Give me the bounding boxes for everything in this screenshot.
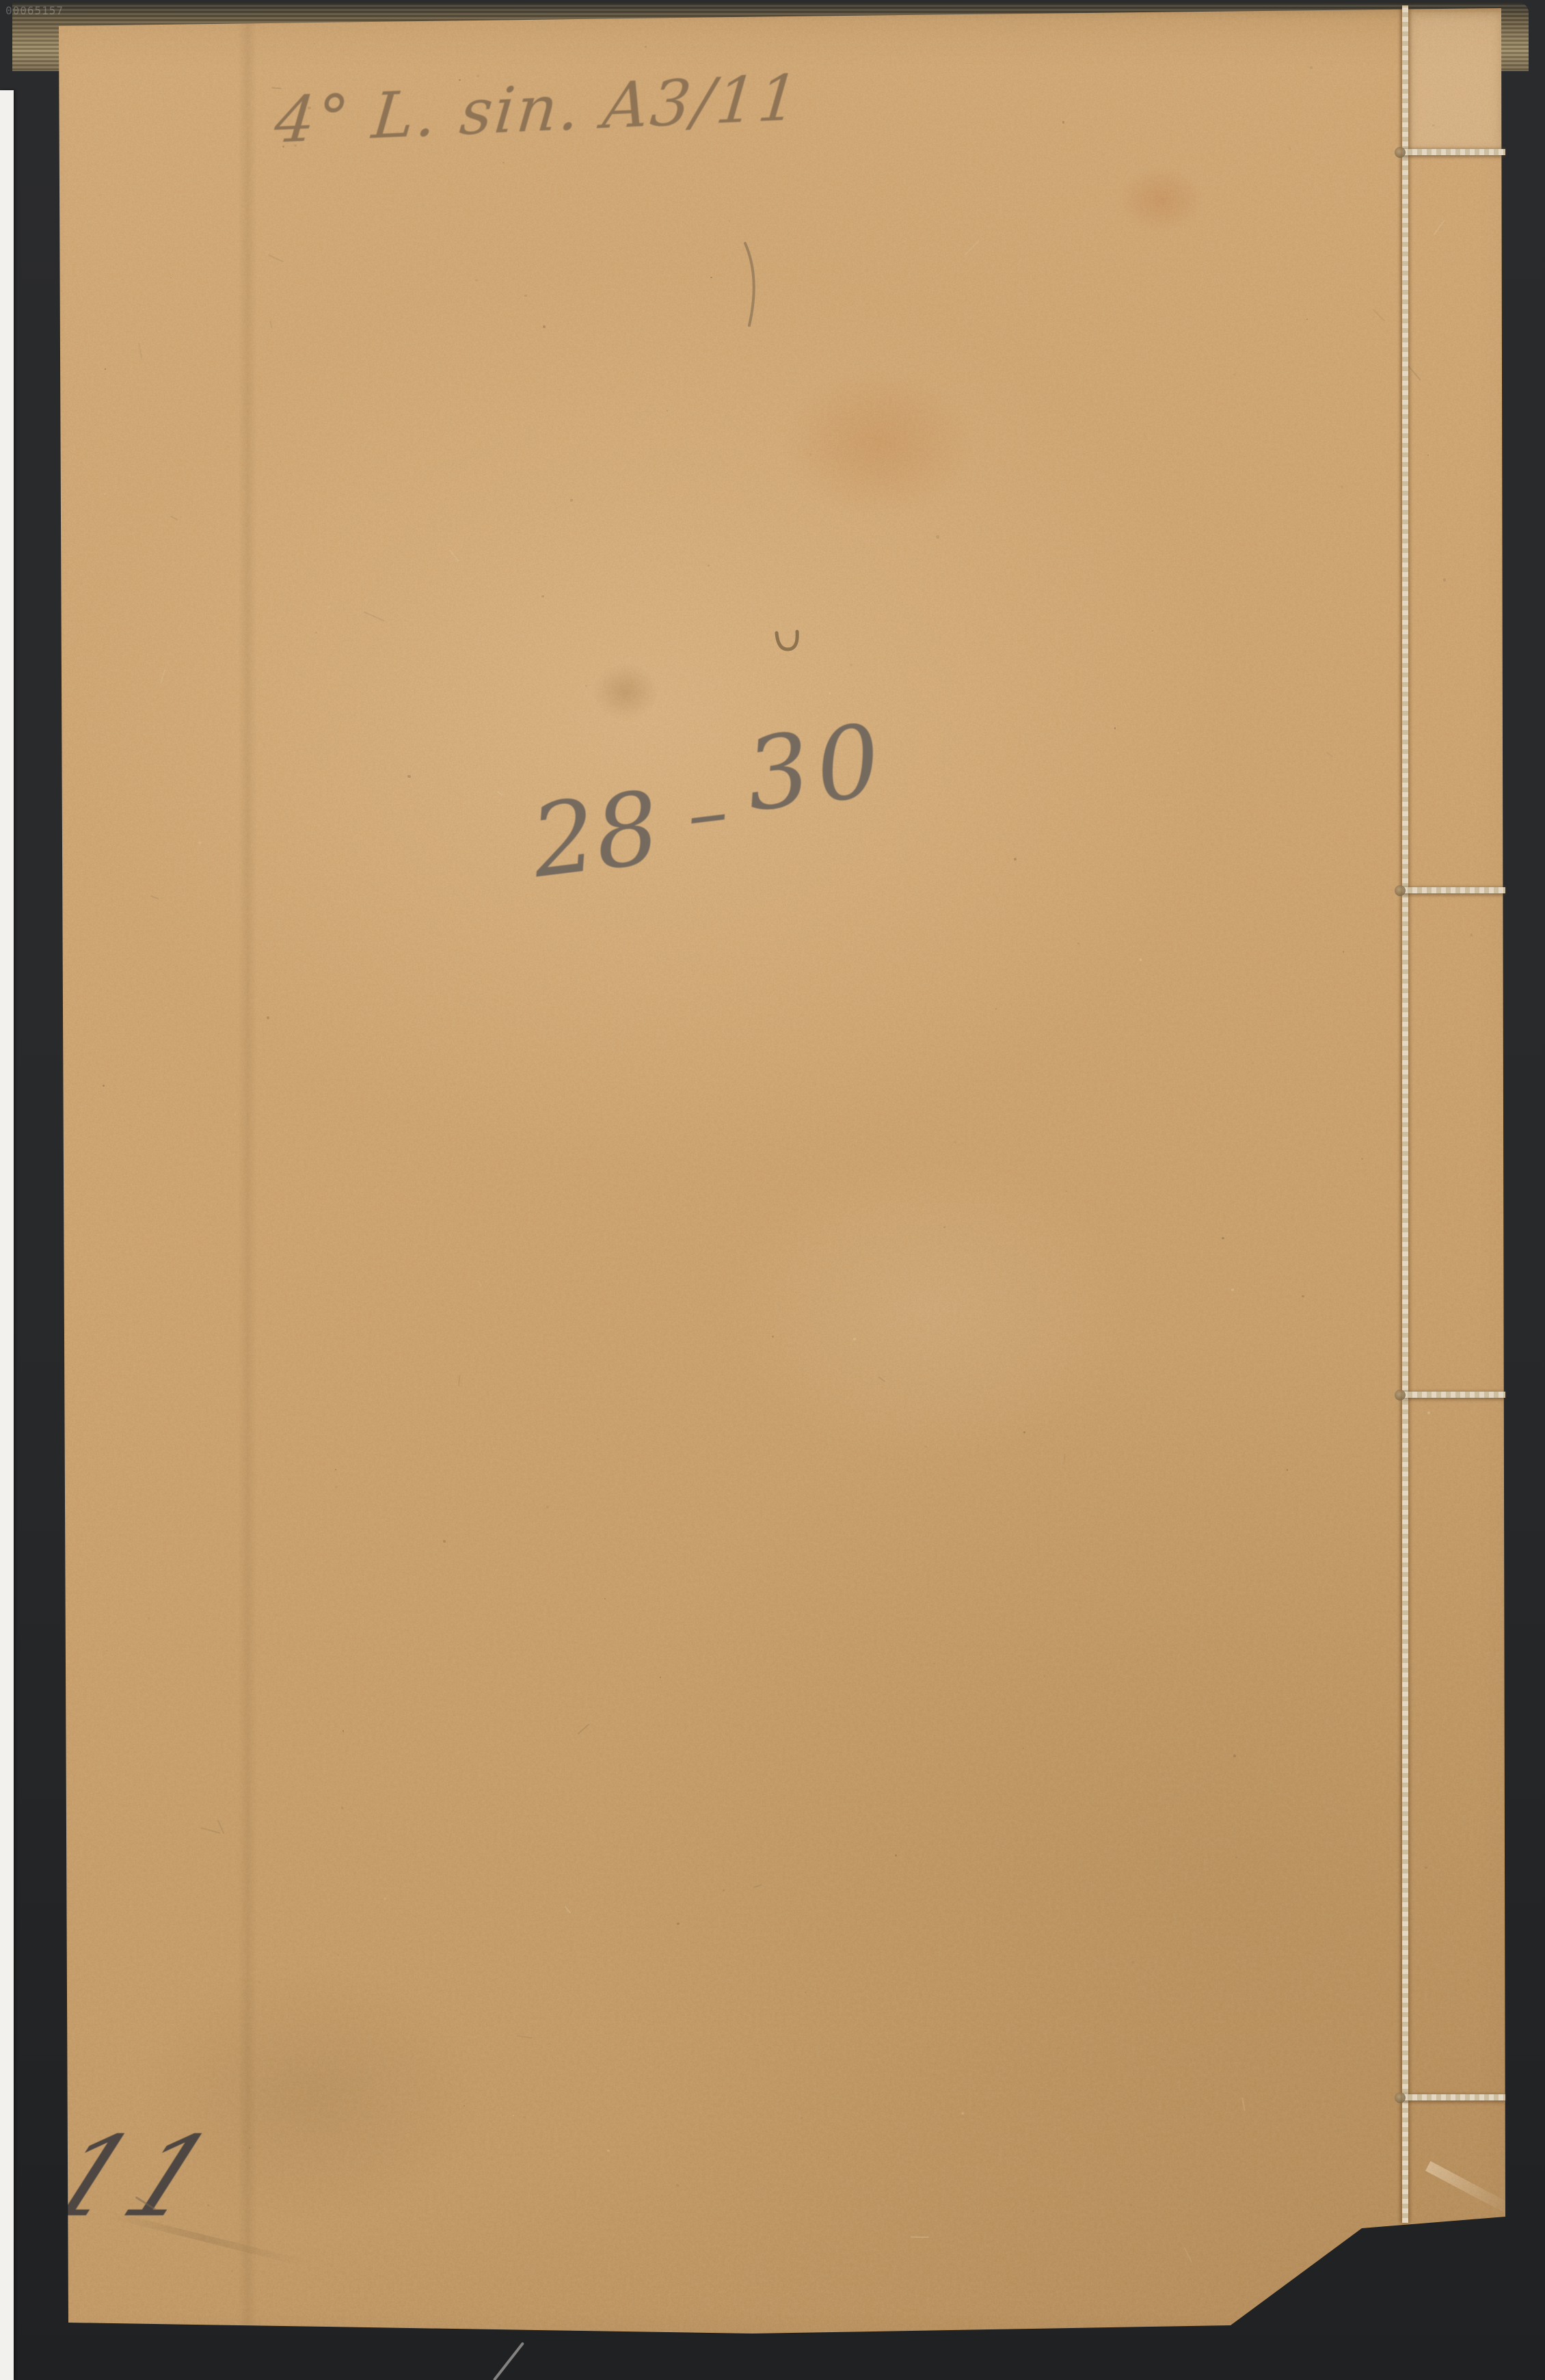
binding-stitch-2 [1403, 887, 1505, 893]
stitch-hole-2 [1395, 885, 1406, 896]
range-dash: – [682, 763, 733, 861]
scanner-scratch-mark [493, 2342, 524, 2380]
binding-thread-vertical [1402, 5, 1408, 2223]
range-second: 30 [740, 702, 894, 835]
stray-pencil-stroke [725, 239, 779, 335]
stitch-hole-4 [1395, 2092, 1406, 2103]
range-first: 28 [525, 770, 665, 900]
paper-fiber-highlights [0, 0, 1545, 2380]
stitch-hole-3 [1395, 1390, 1406, 1401]
binding-stitch-1 [1403, 149, 1505, 155]
scan-id-watermark: 00065157 [5, 4, 64, 17]
paper-cover: 4° L. sin. A3/11 28–30 11 [0, 0, 1545, 2380]
binding-stitch-4 [1403, 2094, 1505, 2100]
scanned-book-cover: 4° L. sin. A3/11 28–30 11 00065157 [0, 0, 1545, 2380]
small-pencil-mark [771, 626, 812, 660]
binding-stitch-3 [1403, 1392, 1505, 1398]
adjacent-page-sliver [0, 90, 14, 2380]
stitch-hole-1 [1395, 147, 1406, 158]
